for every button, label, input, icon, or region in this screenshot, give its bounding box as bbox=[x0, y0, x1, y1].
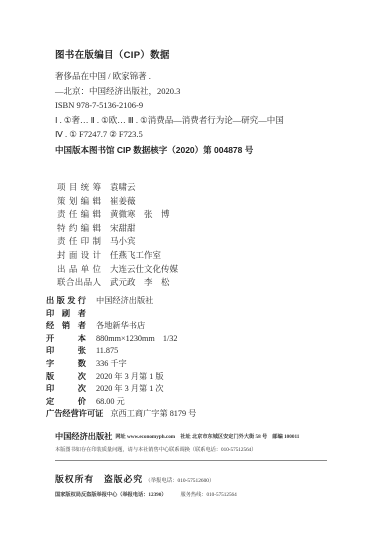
publication-label: 版次 bbox=[46, 371, 86, 384]
copyright-statement: 版权所有 盗版必究 bbox=[55, 474, 143, 484]
publication-row: 定价68.00 元 bbox=[46, 396, 196, 409]
cip-title-author-line: 奢侈品在中国 / 欧家锦著 . bbox=[55, 69, 337, 84]
cip-publisher-line: —北京：中国经济出版社，2020.3 bbox=[55, 84, 337, 99]
publication-value: 各地新华书店 bbox=[96, 321, 145, 330]
publication-value: 336 千字 bbox=[96, 359, 127, 368]
publication-value: 11.875 bbox=[96, 346, 118, 355]
publication-row: 印次2020 年 3 月第 1 次 bbox=[46, 383, 196, 396]
publication-label: 字数 bbox=[46, 358, 86, 371]
credit-label: 责任印制 bbox=[57, 235, 101, 249]
credit-value: 马小宾 bbox=[110, 236, 136, 246]
credit-label: 出品单位 bbox=[57, 263, 101, 277]
cip-section: 图书在版编目（CIP）数据 奢侈品在中国 / 欧家锦著 . —北京：中国经济出版… bbox=[55, 47, 337, 156]
publication-value: 中国经济出版社 bbox=[96, 296, 153, 305]
credit-row: 责任编辑黄微寒 张 博 bbox=[57, 208, 178, 222]
publication-label: 出版发行 bbox=[46, 295, 86, 308]
credit-row: 特约编辑宋甜甜 bbox=[57, 222, 178, 236]
service-hotline: 服务热线：010-57512564 bbox=[181, 492, 237, 498]
credit-value: 崔姜薇 bbox=[110, 196, 136, 206]
credit-row: 封面设计任燕飞工作室 bbox=[57, 249, 178, 263]
credit-label: 封面设计 bbox=[57, 249, 101, 263]
credit-value: 袁啸云 bbox=[110, 182, 136, 192]
publication-label: 开本 bbox=[46, 333, 86, 346]
publication-label: 印张 bbox=[46, 345, 86, 358]
publication-value: 68.00 元 bbox=[96, 397, 125, 406]
cip-class-number-line: Ⅳ . ① F7247.7 ② F723.5 bbox=[55, 127, 337, 142]
publication-label: 印刷者 bbox=[46, 308, 86, 321]
cip-heading: 图书在版编目（CIP）数据 bbox=[55, 47, 337, 61]
publisher-info: 网址 www.economyph.com 社址 北京市东城区安定门外大街 58 … bbox=[115, 434, 299, 440]
credit-row: 联合出品人武元政 李 松 bbox=[57, 276, 178, 290]
publication-row: 版次2020 年 3 月第 1 版 bbox=[46, 371, 196, 384]
publication-row: 广告经营许可证京西工商广字第 8179 号 bbox=[46, 408, 196, 421]
credit-value: 武元政 李 松 bbox=[110, 277, 170, 287]
publication-label: 印次 bbox=[46, 383, 86, 396]
quality-notice: 本版图书如存在印装质量问题，请与本社销售中心联系调换（联系电话：010-5751… bbox=[55, 446, 327, 453]
publication-row: 经销者各地新华书店 bbox=[46, 320, 196, 333]
credit-label: 联合出品人 bbox=[57, 276, 101, 290]
publication-value: 2020 年 3 月第 1 次 bbox=[96, 384, 164, 393]
publication-label: 广告经营许可证 bbox=[46, 408, 103, 421]
credit-value: 黄微寒 张 博 bbox=[110, 209, 170, 219]
publication-row: 开本880mm×1230mm 1/32 bbox=[46, 333, 196, 346]
anti-piracy-line: 国家版权局反盗版举报中心（举报电话：12390）服务热线：010-5751256… bbox=[55, 491, 327, 498]
publication-value: 京西工商广字第 8179 号 bbox=[110, 409, 196, 418]
cip-classification-line: Ⅰ . ①奢… Ⅱ . ①欧… Ⅲ . ①消费品—消费者行为论—研究—中国 bbox=[55, 113, 337, 128]
credit-row: 项目统筹袁啸云 bbox=[57, 181, 178, 195]
cip-isbn-line: ISBN 978-7-5136-2106-9 bbox=[55, 98, 337, 113]
cip-verify-line: 中国版本图书馆 CIP 数据核字（2020）第 004878 号 bbox=[55, 144, 337, 156]
publication-row: 字数336 千字 bbox=[46, 358, 196, 371]
publication-label: 定价 bbox=[46, 396, 86, 409]
publication-value: 2020 年 3 月第 1 版 bbox=[96, 372, 164, 381]
credit-label: 特约编辑 bbox=[57, 222, 101, 236]
credit-row: 策划编辑崔姜薇 bbox=[57, 195, 178, 209]
publication-row: 印张11.875 bbox=[46, 345, 196, 358]
credit-label: 责任编辑 bbox=[57, 208, 101, 222]
credits-section: 项目统筹袁啸云 策划编辑崔姜薇 责任编辑黄微寒 张 博 特约编辑宋甜甜 责任印制… bbox=[57, 181, 178, 290]
publication-section: 出版发行中国经济出版社 印刷者 经销者各地新华书店 开本880mm×1230mm… bbox=[46, 295, 196, 421]
credit-label: 策划编辑 bbox=[57, 195, 101, 209]
anti-piracy-center: 国家版权局反盗版举报中心（举报电话：12390） bbox=[55, 492, 167, 498]
publisher-contact-line: 中国经济出版社网址 www.economyph.com 社址 北京市东城区安定门… bbox=[55, 431, 327, 442]
publication-value: 880mm×1230mm 1/32 bbox=[96, 334, 178, 343]
credit-label: 项目统筹 bbox=[57, 181, 101, 195]
publisher-name: 中国经济出版社 bbox=[55, 432, 112, 441]
credit-value: 宋甜甜 bbox=[110, 223, 136, 233]
credit-row: 出品单位大连云仕文化传媒 bbox=[57, 263, 178, 277]
copyright-line: 版权所有 盗版必究（举报电话：010-57512600） bbox=[55, 469, 327, 487]
publication-row: 出版发行中国经济出版社 bbox=[46, 295, 196, 308]
imprint-section: 中国经济出版社网址 www.economyph.com 社址 北京市东城区安定门… bbox=[55, 431, 327, 498]
credit-row: 责任印制马小宾 bbox=[57, 235, 178, 249]
credit-value: 大连云仕文化传媒 bbox=[110, 264, 178, 274]
publication-label: 经销者 bbox=[46, 320, 86, 333]
copyright-report-phone: （举报电话：010-57512600） bbox=[145, 478, 214, 484]
credit-value: 任燕飞工作室 bbox=[110, 250, 161, 260]
publication-row: 印刷者 bbox=[46, 308, 196, 321]
copyright-page: 图书在版编目（CIP）数据 奢侈品在中国 / 欧家锦著 . —北京：中国经济出版… bbox=[0, 0, 375, 542]
divider bbox=[55, 460, 327, 461]
